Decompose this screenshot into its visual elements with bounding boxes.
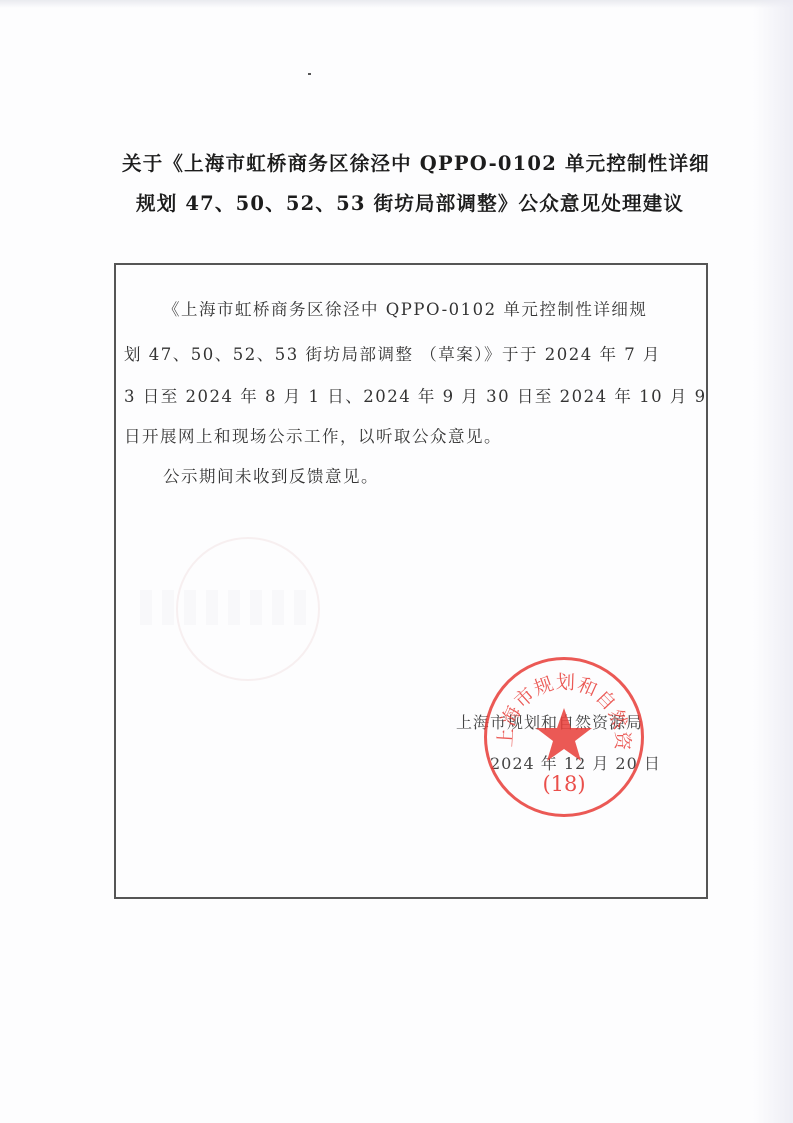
scan-margin-shadow [753,0,793,1123]
body-paragraph-1-line-4: 日开展网上和现场公示工作，以听取公众意见。 [124,423,502,447]
body-paragraph-1-line-2: 划 47、50、52、53 街坊局部调整 （草案）》于于 2024 年 7 月 [124,341,661,365]
body-paragraph-1-line-3: 3 日至 2024 年 8 月 1 日、2024 年 9 月 30 日至 202… [124,383,707,407]
scan-edge-shadow [0,0,793,8]
body-paragraph-2: 公示期间未收到反馈意见。 [163,463,379,487]
signature-organization: 上海市规划和自然资源局 [456,710,643,733]
signature-date: 2024 年 12 月 20 日 [490,751,661,774]
bleed-through-text [140,590,310,625]
scan-speck [308,73,311,75]
document-title-line-2: 规划 47、50、52、53 街坊局部调整》公众意见处理建议 [136,188,716,216]
body-paragraph-1-line-1: 《上海市虹桥商务区徐泾中 QPPO-0102 单元控制性详细规 [163,296,647,320]
document-title-line-1: 关于《上海市虹桥商务区徐泾中 QPPO-0102 单元控制性详细 [122,148,702,176]
